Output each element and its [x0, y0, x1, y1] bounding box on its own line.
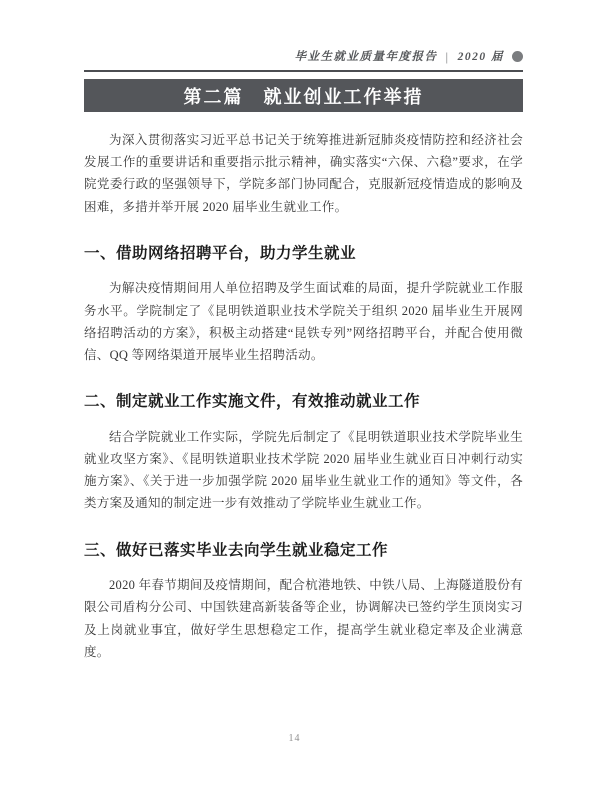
section-3-heading: 三、做好已落实毕业去向学生就业稳定工作: [84, 542, 523, 561]
section-1-body: 为解决疫情期间用人单位招聘及学生面试难的局面，提升学院就业工作服务水平。学院制定…: [84, 277, 523, 366]
cohort-dot-icon: [512, 51, 523, 62]
page-number: 14: [289, 733, 301, 744]
page-footer: 14: [0, 733, 589, 744]
report-title: 毕业生就业质量年度报告: [295, 48, 438, 64]
section-network-recruiting: 一、借助网络招聘平台，助力学生就业 为解决疫情期间用人单位招聘及学生面试难的局面…: [84, 245, 523, 366]
section-1-heading: 一、借助网络招聘平台，助力学生就业: [84, 245, 523, 264]
page-content: 毕业生就业质量年度报告 | 2020 届 第二篇 就业创业工作举措 为深入贯彻落…: [0, 0, 589, 663]
running-header: 毕业生就业质量年度报告 | 2020 届: [84, 49, 523, 63]
report-page: 毕业生就业质量年度报告 | 2020 届 第二篇 就业创业工作举措 为深入贯彻落…: [0, 0, 589, 800]
section-policy-documents: 二、制定就业工作实施文件，有效推动就业工作 结合学院就业工作实际，学院先后制定了…: [84, 393, 523, 514]
banner-title: 第二篇 就业创业工作举措: [184, 83, 424, 109]
section-employment-stability: 三、做好已落实毕业去向学生就业稳定工作 2020 年春节期间及疫情期间，配合杭港…: [84, 542, 523, 663]
header-separator: |: [446, 50, 450, 63]
section-2-body: 结合学院就业工作实际，学院先后制定了《昆明铁道职业技术学院毕业生就业攻坚方案》、…: [84, 426, 523, 515]
header-rule: [84, 70, 523, 72]
section-3-body: 2020 年春节期间及疫情期间，配合杭港地铁、中铁八局、上海隧道股份有限公司盾构…: [84, 574, 523, 663]
section-2-heading: 二、制定就业工作实施文件，有效推动就业工作: [84, 393, 523, 412]
cohort-label: 2020 届: [458, 48, 504, 64]
intro-paragraph: 为深入贯彻落实习近平总书记关于统筹推进新冠肺炎疫情防控和经济社会发展工作的重要讲…: [84, 129, 523, 218]
section-banner: 第二篇 就业创业工作举措: [84, 79, 523, 112]
